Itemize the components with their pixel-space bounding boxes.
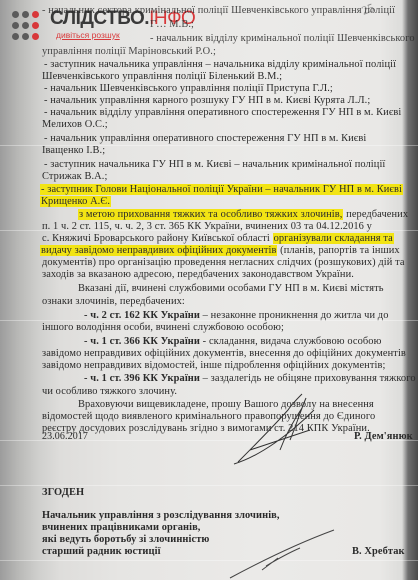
text-line: - заступник начальника управління – нача… [44,59,396,71]
signer-name: Р. Дем'янюк [354,431,413,443]
document-date: 23.06.2017 [42,431,88,443]
text-line: завідомо неправдивих відомостей, інше пі… [42,360,385,372]
article-line: - ч. 1 ст. 396 КК України – заздалегідь … [84,373,416,385]
scan-line [0,485,418,486]
article-line: - ч. 2 ст. 162 КК України – незаконне пр… [84,310,389,322]
approver-position-line: вчинених працівниками органів, [42,522,201,534]
text-line: видачу завідомо неправдивих офіційних до… [40,245,400,257]
text-line: реєстру досудових розслідувань згідно з … [42,423,370,435]
text-line: документів) про організацію проведення н… [42,257,405,269]
scan-line [0,560,418,561]
text-line: Іващенко І.В.; [42,145,105,157]
highlighted-text-line: Крищенко А.Є. [40,196,111,208]
text-line: з метою приховання тяжких та особливо тя… [78,209,408,221]
text-line: Шевченківського управління поліції Білен… [42,71,282,83]
approver-position-line: Начальник управління з розслідування зло… [42,510,280,522]
text-line: - начальник управління оперативного спос… [44,133,366,145]
text-line: чи особливо тяжкого злочину. [42,386,177,398]
text-line: с. Княжичі Броварського району Київської… [42,233,394,245]
text-line: ознаки злочинів, передбачених: [42,296,185,308]
text-line: відомостей щодо виявленого кримінального… [42,411,375,423]
text-line: - начальник Шевченківського управління п… [44,83,333,95]
text-line: управління поліції Маріновський Р.О.; [42,46,216,58]
text-line: - начальник управління карного розшуку Г… [44,95,370,107]
text-line: завідомо неправдивих офіційних документі… [42,348,406,360]
text-line: Г… М.В.; [150,19,194,31]
text-line: - заступник начальника ГУ НП в м. Києві … [44,159,385,171]
text-line: - начальник відділу управління оперативн… [44,107,401,119]
scanned-document-page: 25 СЛІДСТВО.ІНФО дивіться розшук - начал… [0,0,418,580]
text-line: Враховуючи вищевикладене, прошу Вашого д… [78,399,374,411]
text-line: п. 1 ч. 2 ст. 115, ч. ч. 2, 3 ст. 365 КК… [42,221,372,233]
approver-position-line: які ведуть боротьбу зі злочинністю [42,534,209,546]
highlighted-text-line: - заступник Голови Національної поліції … [40,184,403,196]
text-line: Стрижак В.А.; [42,171,107,183]
approval-heading: ЗГОДЕН [42,487,84,499]
text-line: заходів за вказаною адресою, передбачени… [42,269,354,281]
handwritten-signature-icon [226,528,338,580]
logo-tagline: дивіться розшук [56,30,120,40]
text-line: іншого володіння особи, вчинені службово… [42,322,284,334]
text-line: - начальник сектора кримінальної поліції… [42,5,378,17]
article-line: - ч. 1 ст. 366 КК України - складання, в… [84,336,381,348]
text-line: Вказані дії, вчинені службовими особами … [78,283,384,295]
approver-name: В. Хребтак [352,546,405,558]
approver-position-line: старший радник юстиції [42,546,161,558]
text-line: - начальник відділу кримінальної поліції… [150,33,415,45]
text-line: Мелихов О.С.; [42,119,108,131]
